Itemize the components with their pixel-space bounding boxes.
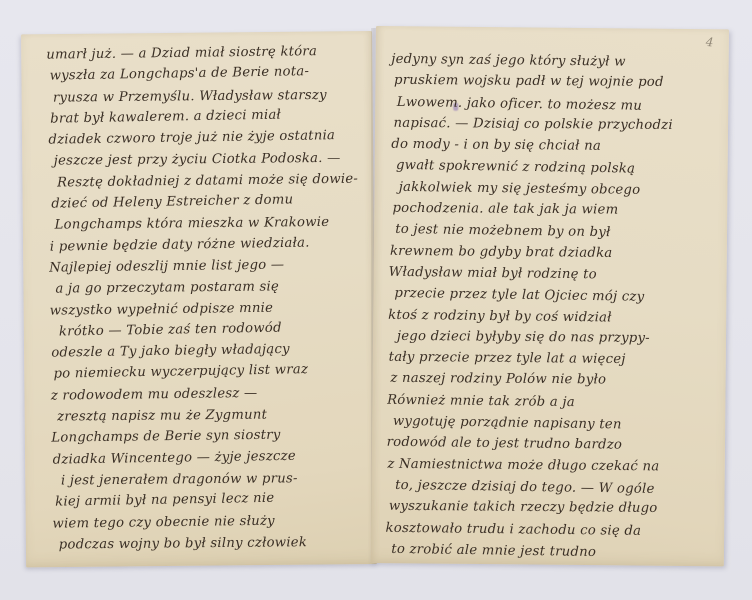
handwritten-line: napisać. — Dzisiaj co polskie przychodzi: [393, 113, 672, 136]
handwritten-line: jeszcze jest przy życiu Ciotka Podoska. …: [54, 148, 358, 172]
handwritten-line: wiem tego czy obecnie nie służy: [52, 509, 362, 534]
handwritten-text-left: umarł już. — a Dziad miał siostrę któraw…: [46, 41, 363, 556]
letter-page-left: umarł już. — a Dziad miał siostrę któraw…: [21, 31, 377, 567]
handwritten-line: dziadka Wincentego — żyje jeszcze: [52, 444, 361, 470]
handwritten-line: dzieć od Heleny Estreicher z domu: [51, 188, 358, 215]
handwritten-line: a ja go przeczytam postaram się: [55, 276, 359, 300]
handwritten-line: to zrobić ale mnie jest trudno: [391, 539, 668, 565]
handwritten-line: wygotuję porządnie napisany ten: [393, 411, 670, 437]
letter-page-right: · · · 4 jedyny syn zaś jego który służył…: [371, 26, 729, 566]
handwritten-line: do mody - i on by się chciał na: [391, 134, 673, 158]
handwritten-line: pruskiem wojsku padł w tej wojnie pod: [394, 70, 673, 93]
handwritten-line: kosztowało trudu i zachodu co się da: [385, 517, 668, 542]
handwritten-line: zresztą napisz mu że Zygmunt: [57, 404, 361, 428]
handwritten-line: wyszukanie takich rzeczy będzie długo: [389, 496, 668, 519]
handwritten-line: i pewnie będzie daty różne wiedziała.: [50, 231, 359, 257]
handwritten-text-right: jedyny syn zaś jego który służył wpruski…: [385, 49, 674, 564]
page-number-annotation: 4: [705, 35, 714, 50]
handwritten-line: z naszej rodziny Polów nie było: [390, 368, 669, 391]
handwritten-line: pochodzenia. ale tak jak ja wiem: [392, 198, 671, 221]
handwritten-line: jego dzieci byłyby się do nas przypy-: [397, 326, 670, 349]
handwritten-line: podczas wojny bo był silny człowiek: [59, 531, 363, 555]
handwritten-line: z rodowodem mu odeszlesz —: [51, 381, 361, 406]
handwritten-line: z Namiestnictwa może długo czekać na: [387, 453, 669, 477]
letter-scan-background: umarł już. — a Dziad miał siostrę któraw…: [0, 0, 752, 600]
handwritten-line: wyszła za Longchaps'a de Berie nota-: [49, 61, 356, 88]
handwritten-line: krewnem bo gdyby brat dziadka: [390, 240, 672, 264]
